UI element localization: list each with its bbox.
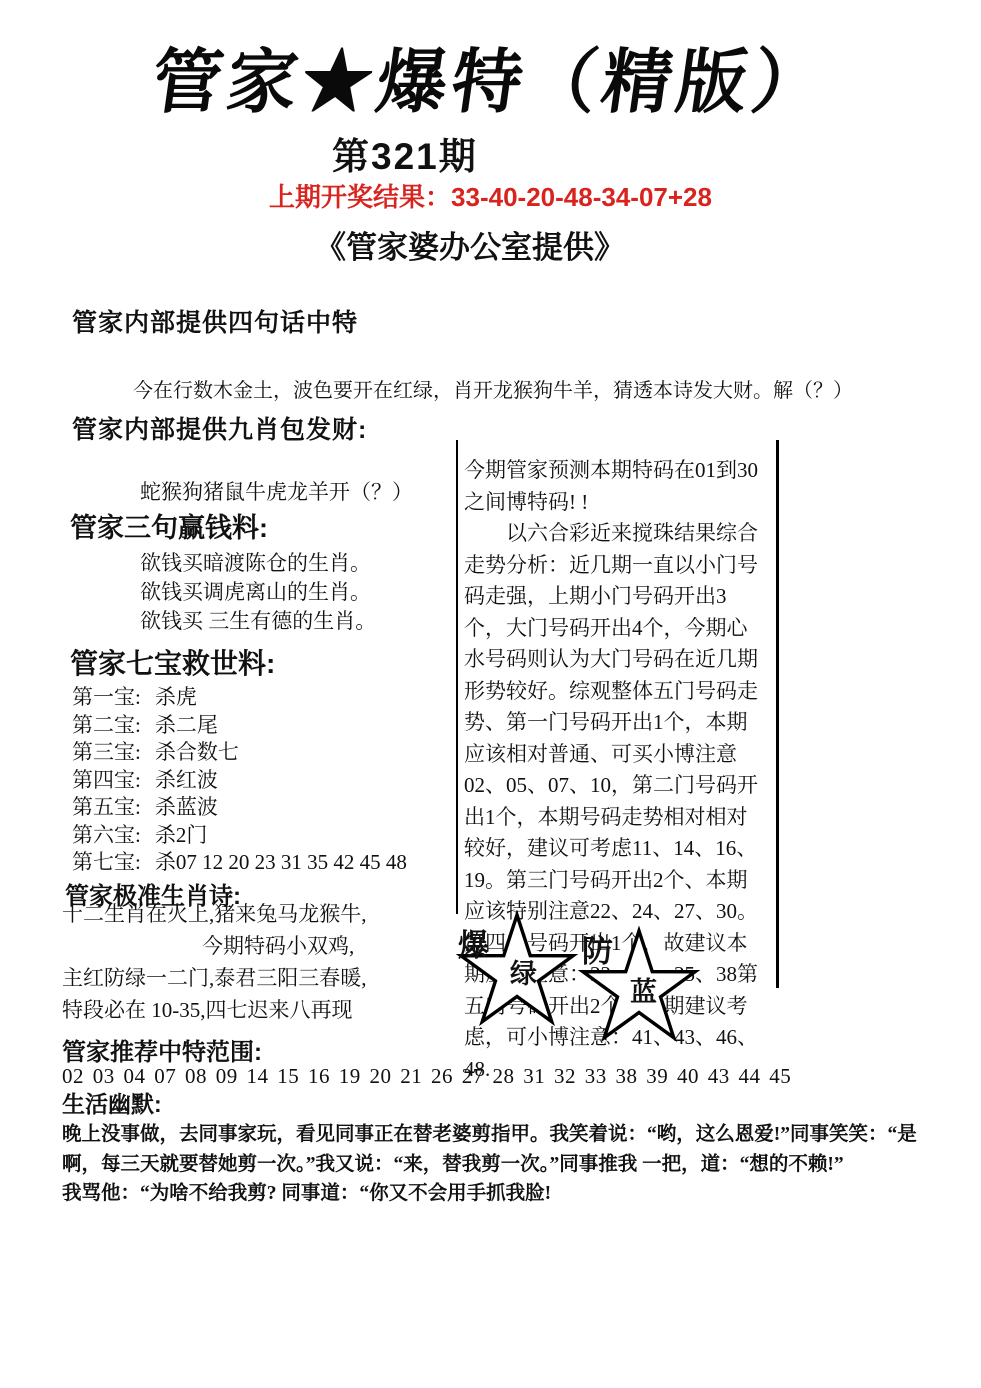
last-draw-numbers: 33-40-20-48-34-07+28 [451,182,712,212]
page-title-left: 管家 [147,45,308,122]
page-title: 管家★爆特（精版） [0,26,981,127]
last-draw-result: 上期开奖结果：33-40-20-48-34-07+28 [0,177,981,214]
four-sentences-verse: 今在行数木金土，波色要开在红绿，肖开龙猴狗牛羊，猜透本诗发大财。解（？） [133,374,853,403]
treasure-row: 第三宝:杀合数七 [72,739,407,767]
guard-label: 防 [582,926,613,971]
issue-number: 第321期 [332,126,478,180]
zodiac-poem-line: 今期特码小双鸡, [202,930,367,962]
humor-line: 我骂他：“为啥不给我剪? 同事道：“你又不会用手抓我脸! [62,1179,917,1209]
three-sentences-line: 欲钱买暗渡陈仓的生肖。 [140,549,376,578]
treasure-label: 第四宝: [72,768,141,792]
burst-label: 爆 [458,920,489,965]
treasure-value: 杀二尾 [155,713,218,737]
section-heading-humor: 生活幽默: [62,1086,162,1119]
seven-treasures-list: 第一宝:杀虎 第二宝:杀二尾 第三宝:杀合数七 第四宝:杀红波 第五宝:杀蓝波 … [72,684,407,877]
treasure-row: 第四宝:杀红波 [72,767,407,795]
section-heading-nine-zodiac: 管家内部提供九肖包发财: [72,410,367,446]
section-heading-three-sentences: 管家三句赢钱料: [70,506,268,545]
treasure-label: 第五宝: [72,795,141,819]
green-star-text: 绿 [510,952,537,991]
treasure-row: 第一宝:杀虎 [72,684,407,712]
analysis-paragraph-1: 今期管家预测本期特码在01到30之间博特码! ! [464,455,768,518]
three-sentences-line: 欲钱买调虎离山的生肖。 [140,578,376,607]
treasure-row: 第六宝:杀2门 [72,822,407,850]
treasure-label: 第七宝: [72,850,141,874]
lottery-tip-sheet: 管家★爆特（精版） 第321期 上期开奖结果：33-40-20-48-34-07… [0,0,981,1388]
treasure-label: 第三宝: [72,740,141,764]
treasure-value: 杀07 12 20 23 31 35 42 45 48 [155,850,407,874]
section-heading-seven-treasures: 管家七宝救世料: [70,642,275,682]
column-divider-right [776,440,779,988]
provider-line: 《管家婆办公室提供》 [0,222,940,267]
recommend-numbers: 02 03 04 07 08 09 14 15 16 19 20 21 26 2… [62,1064,791,1089]
zodiac-poem-line: 特段必在 10-35,四七迟来八再现 [62,994,367,1026]
nine-zodiac-line: 蛇猴狗猪鼠牛虎龙羊开（？） [140,476,413,506]
treasure-value: 杀虎 [155,685,197,709]
section-heading-recommend: 管家推荐中特范围: [62,1032,262,1067]
treasure-row: 第五宝:杀蓝波 [72,794,407,822]
column-divider-left [456,440,458,914]
treasure-value: 杀红波 [155,768,218,792]
treasure-label: 第二宝: [72,713,141,737]
treasure-value: 杀蓝波 [155,795,218,819]
three-sentences-line: 欲钱买 三生有德的生肖。 [140,607,376,636]
star-icon: ★ [297,45,383,122]
humor-line: 晚上没事做，去同事家玩，看见同事正在替老婆剪指甲。我笑着说：“哟，这么恩爱!”同… [62,1120,917,1150]
zodiac-poem-line: 十二生肖在火上,猪来兔马龙猴牛, [62,898,367,930]
treasure-row: 第七宝:杀07 12 20 23 31 35 42 45 48 [72,849,407,877]
page-title-right: 爆特（精版） [372,45,833,122]
treasure-label: 第一宝: [72,685,141,709]
humor-line: 啊，每三天就要替她剪一次。”我又说：“来，替我剪一次。”同事推我 一把，道：“想… [62,1150,917,1180]
zodiac-poem: 十二生肖在火上,猪来兔马龙猴牛, 今期特码小双鸡, 主红防绿一二门,泰君三阳三春… [62,898,367,1026]
zodiac-poem-line: 主红防绿一二门,泰君三阳三春暖, [62,962,367,994]
treasure-row: 第二宝:杀二尾 [72,712,407,740]
blue-star-text: 蓝 [630,970,657,1009]
treasure-value: 杀合数七 [155,740,239,764]
section-heading-four-sentences: 管家内部提供四句话中特 [72,303,358,339]
treasure-value: 杀2门 [155,823,208,847]
treasure-label: 第六宝: [72,823,141,847]
last-draw-label: 上期开奖结果： [269,182,451,212]
three-sentences-list: 欲钱买暗渡陈仓的生肖。 欲钱买调虎离山的生肖。 欲钱买 三生有德的生肖。 [140,549,376,636]
humor-text: 晚上没事做，去同事家玩，看见同事正在替老婆剪指甲。我笑着说：“哟，这么恩爱!”同… [62,1120,917,1209]
